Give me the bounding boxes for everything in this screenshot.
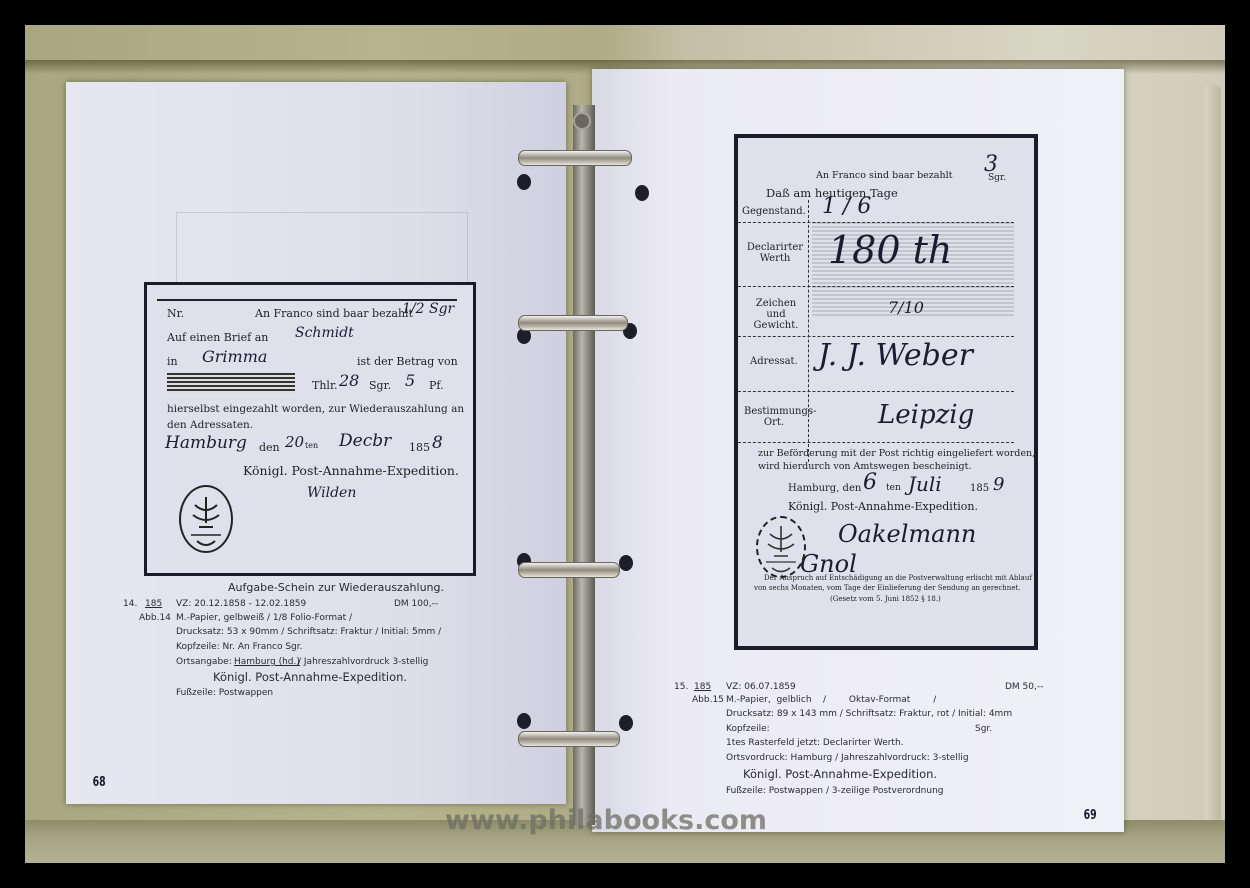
- doc-date-place: Hamburg, den: [788, 483, 861, 494]
- row-rule: [738, 286, 1014, 287]
- page-number-right: 69: [1084, 808, 1097, 823]
- doc-thlr-label: Thlr.: [312, 379, 338, 392]
- row-value-werth: 180 th: [828, 228, 952, 272]
- doc-signature: Wilden: [307, 485, 356, 501]
- doc-date-place: Hamburg: [165, 433, 247, 453]
- doc-year-hand: 9: [993, 474, 1004, 495]
- caption-vz: VZ: 06.07.1859: [726, 682, 796, 692]
- caption-ort: Ortsvordruck: Hamburg / Jahreszahlvordru…: [726, 753, 969, 763]
- doc-date-day: 6: [863, 470, 877, 495]
- caption-price: DM 100,--: [394, 599, 438, 609]
- caption-raster: 1tes Rasterfeld jetzt: Declarirter Werth…: [726, 738, 904, 748]
- binder-ring: [518, 150, 632, 166]
- doc-date-month: Decbr: [339, 431, 391, 451]
- doc-header-amount: 1/2 Sgr: [402, 301, 454, 317]
- doc-footer2: von sechs Monaten, vom Tage der Einliefe…: [754, 584, 1021, 592]
- caption-abb: Abb.15: [692, 695, 724, 705]
- caption-price: DM 50,--: [1005, 682, 1043, 692]
- caption-druck: Drucksatz: 53 x 90mm / Schriftsatz: Frak…: [176, 627, 441, 637]
- punch-hole: [635, 185, 649, 201]
- doc-destination: Grimma: [202, 347, 267, 366]
- binder-rivet: [573, 112, 591, 130]
- doc-den: den: [259, 441, 280, 454]
- doc-date-day: 20: [285, 433, 304, 451]
- binder-ring: [518, 315, 628, 331]
- doc-recipient: Schmidt: [295, 325, 354, 341]
- punch-hole: [619, 715, 633, 731]
- caption-kopf: Kopfzeile: Nr. An Franco Sgr.: [176, 642, 303, 652]
- caption-office: Königl. Post-Annahme-Expedition.: [213, 670, 407, 684]
- doc-year-printed: 185: [970, 483, 989, 494]
- doc-sgr-label: Sgr.: [369, 379, 391, 392]
- caption-title: Aufgabe-Schein zur Wiederauszahlung.: [228, 581, 444, 594]
- caption-abb: Abb.14: [139, 613, 171, 623]
- row-rule: [738, 391, 1014, 392]
- receipt-einlieferungsschein: An Franco sind baar bezahlt 3 Sgr. Daß a…: [734, 134, 1038, 650]
- caption-druck: Drucksatz: 89 x 143 mm / Schriftsatz: Fr…: [726, 709, 1012, 719]
- row-label-gegenstand: Gegenstand.: [742, 206, 806, 217]
- caption-catalog-no: 185: [145, 599, 162, 609]
- caption-ort-label: Ortsangabe:: [176, 657, 232, 667]
- row-rule: [738, 222, 1014, 223]
- caption-vz: VZ: 20.12.1858 - 12.02.1859: [176, 599, 306, 609]
- doc-date-month: Juli: [908, 472, 942, 496]
- binder-photo: Nr. An Franco sind baar bezahlt 1/2 Sgr …: [25, 25, 1225, 863]
- doc-footer3: (Gesetz vom 5. Juni 1852 § 18.): [830, 595, 941, 603]
- punch-hole: [517, 174, 531, 190]
- caption-catalog-no: 185: [694, 682, 711, 692]
- row-value-adressat: J. J. Weber: [818, 338, 973, 373]
- watermark: www.philabooks.com: [445, 805, 767, 836]
- doc-year-hand: 8: [432, 433, 443, 453]
- row-label-bestimmungsort: Bestimmungs-Ort.: [744, 406, 804, 428]
- caption-number: 14.: [123, 599, 137, 609]
- eagle-seal-icon: [179, 485, 233, 553]
- caption-number: 15.: [674, 682, 688, 692]
- binder-spine: [573, 105, 595, 825]
- row-value-zeichen: 7/10: [888, 298, 924, 317]
- row-rule: [738, 442, 1014, 443]
- hatched-field: [167, 373, 295, 393]
- eagle-seal-icon: [756, 516, 806, 578]
- doc-year-printed: 185: [409, 441, 430, 454]
- doc-thlr-value: 28: [339, 371, 359, 390]
- doc-ten: ten: [886, 483, 901, 493]
- doc-nr: Nr.: [167, 307, 184, 320]
- column-divider: [808, 200, 809, 462]
- caption-fuss: Fußzeile: Postwappen: [176, 688, 273, 698]
- row-value-bestimmungsort: Leipzig: [878, 400, 974, 430]
- caption-paper: M.-Papier, gelblich / Oktav-Format /: [726, 695, 936, 705]
- doc-office: Königl. Post-Annahme-Expedition.: [243, 463, 459, 478]
- doc-header: An Franco sind baar bezahlt: [816, 170, 952, 181]
- page-number-left: 68: [93, 775, 106, 790]
- doc-sgr-value: 5: [405, 371, 415, 390]
- row-label-werth: Declarirter Werth: [746, 242, 804, 264]
- binder-ring: [518, 731, 620, 747]
- doc-header-sgr: Sgr.: [988, 173, 1006, 183]
- doc-betrag-label: ist der Betrag von: [357, 355, 458, 368]
- page-69: An Franco sind baar bezahlt 3 Sgr. Daß a…: [592, 69, 1124, 832]
- caption-office: Königl. Post-Annahme-Expedition.: [743, 767, 937, 781]
- doc-pf-label: Pf.: [429, 379, 444, 392]
- row-value-gegenstand: 1 / 6: [822, 194, 871, 219]
- caption-ort-rest: / Jahreszahlvordruck 3-stellig: [298, 657, 428, 667]
- doc-footer1: Der Anspruch auf Entschädigung an die Po…: [764, 574, 1032, 582]
- caption-paper: M.-Papier, gelbweiß / 1/8 Folio-Format /: [176, 613, 352, 623]
- doc-header: An Franco sind baar bezahlt: [255, 307, 413, 320]
- caption-fuss: Fußzeile: Postwappen / 3-zeilige Postver…: [726, 786, 944, 796]
- caption-ort-value: Hamburg (hd.): [234, 657, 300, 667]
- punch-hole: [517, 713, 531, 729]
- caption-kopf: Kopfzeile:: [726, 724, 770, 734]
- page-68: Nr. An Franco sind baar bezahlt 1/2 Sgr …: [66, 82, 566, 804]
- receipt-aufgabe-schein: Nr. An Franco sind baar bezahlt 1/2 Sgr …: [144, 282, 476, 576]
- doc-line4: hierselbst eingezahlt worden, zur Wieder…: [167, 403, 464, 415]
- doc-line5: den Adressaten.: [167, 419, 253, 431]
- doc-line1-label: Auf einen Brief an: [167, 331, 268, 344]
- binder-cover-edge: [1205, 85, 1221, 845]
- row-label-zeichen: Zeichen und Gewicht.: [748, 298, 804, 331]
- doc-signature: Oakelmann: [838, 520, 976, 548]
- doc-office: Königl. Post-Annahme-Expedition.: [788, 500, 978, 513]
- doc-ten: ten: [305, 441, 318, 450]
- row-rule: [738, 336, 1014, 337]
- row-label-adressat: Adressat.: [750, 356, 798, 367]
- doc-text1: zur Beförderung mit der Post richtig ein…: [758, 448, 1035, 459]
- caption-kopf-sgr: Sgr.: [975, 724, 992, 734]
- binder-ring: [518, 562, 620, 578]
- punch-hole: [619, 555, 633, 571]
- doc-in: in: [167, 355, 178, 368]
